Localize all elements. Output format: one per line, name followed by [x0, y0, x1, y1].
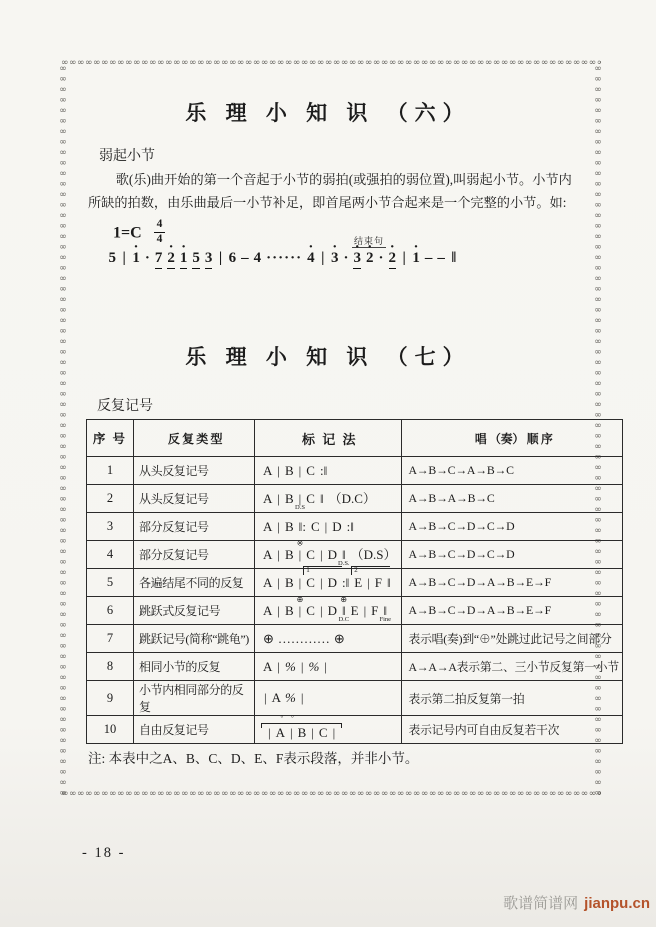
paragraph-line: 所缺的拍数，由乐曲最后一小节补足，即首尾两小节合起来是一个完整的小节。如:	[88, 191, 588, 214]
ornamental-border-left: ∞∞∞∞∞∞∞∞∞∞∞∞∞∞∞∞∞∞∞∞∞∞∞∞∞∞∞∞∞∞∞∞∞∞∞∞∞∞∞∞…	[57, 64, 68, 796]
notation-mark-above: ⊕	[297, 596, 304, 604]
cell-type: 跳跃式反复记号	[134, 597, 255, 625]
watermark-site-name: 歌谱简谱网	[503, 895, 578, 912]
watermark-site-url: jianpu.cn	[584, 895, 650, 912]
music-note: 1	[132, 249, 140, 268]
music-note: 1	[180, 249, 188, 269]
cell-order: A→B→C→D→A→B→E→F	[402, 569, 623, 597]
notation-token: D	[328, 575, 337, 591]
notation-token: |	[324, 659, 327, 675]
lesson6-title: 乐 理 小 知 识 （六）	[0, 97, 656, 127]
music-note: 2	[167, 249, 175, 269]
notation-token: B	[285, 575, 294, 591]
cell-no: 10	[87, 716, 134, 744]
notation-token: |	[301, 690, 304, 706]
cell-type: 相同小节的反复	[134, 653, 255, 681]
notation-token: |	[320, 547, 323, 563]
table-row: 2从头反复记号A|B|D.SC‖（D.C）A→B→A→B→C	[87, 485, 623, 513]
cell-notation: A|B|⊕C|D‖⊕D.CE|F‖Fine	[255, 597, 402, 625]
music-note: 4	[254, 249, 262, 268]
notation-token: A	[263, 491, 272, 507]
notation-token: |	[277, 463, 280, 479]
notation-token: D	[328, 547, 337, 563]
bracket-dots: ° °	[280, 714, 296, 724]
table-row: 7跳跃记号(简称“跳龟”)⊕…………⊕表示唱(奏)到“⊕”处跳过此记号之间部分	[87, 625, 623, 653]
notation-mark-below: D.C	[338, 617, 349, 624]
time-signature: 44	[154, 219, 166, 245]
notation-mark-above: ※	[297, 540, 304, 548]
notation-token: ‖D.S.	[342, 547, 346, 563]
notation-token: C	[319, 725, 328, 741]
cell-no: 6	[87, 597, 134, 625]
notation-token: |※	[299, 547, 302, 563]
notation-token: |	[333, 725, 336, 741]
lesson7-title: 乐 理 小 知 识 （七）	[0, 341, 656, 371]
notation-token: |	[320, 575, 323, 591]
music-note: 7	[155, 249, 163, 269]
volta-bracket: 2	[351, 566, 390, 575]
cell-order: A→B→A→B→C	[402, 485, 623, 513]
notation-token: B	[298, 725, 307, 741]
notation-token: A	[263, 603, 272, 619]
music-note: ·	[145, 249, 150, 268]
music-note: 3	[331, 249, 339, 268]
notation-token: :‖	[347, 519, 354, 535]
notation-token: |⊕	[299, 603, 302, 619]
barline: |	[321, 249, 324, 268]
cell-notation: ⊕…………⊕	[255, 625, 402, 653]
notation-token: E	[351, 603, 359, 619]
notation-token: %	[285, 659, 296, 675]
music-note: 6	[229, 249, 237, 268]
lesson6-paragraph: 歌(乐)曲开始的第一个音起于小节的弱拍(或强拍的弱位置),叫弱起小节。小节内 所…	[88, 168, 588, 214]
cell-notation: A|B|※C|D‖D.S.（D.S）	[255, 541, 402, 569]
header-order: 唱 （奏） 顺 序	[402, 420, 623, 457]
cell-notation: A|B‖:C|D:‖	[255, 513, 402, 541]
notation-token: C	[306, 491, 315, 507]
notation-token: C	[306, 603, 315, 619]
notation-token: （D.C）	[329, 491, 376, 507]
notation-token: A	[263, 463, 272, 479]
cell-no: 1	[87, 457, 134, 485]
cell-no: 5	[87, 569, 134, 597]
cell-type: 自由反复记号	[134, 716, 255, 744]
notation-token: ‖	[387, 575, 391, 591]
cell-type: 部分反复记号	[134, 513, 255, 541]
notation-token: C	[306, 463, 315, 479]
page-number: - 18 -	[82, 845, 125, 862]
music-note: 5	[109, 249, 117, 268]
notation-token: |	[277, 659, 280, 675]
notation-token: |	[268, 725, 271, 741]
cell-notation: A|B|D.SC‖（D.C）	[255, 485, 402, 513]
notation-token: |	[277, 519, 280, 535]
table-row: 9小节内相同部分的反复|A%|表示第二拍反复第一拍	[87, 681, 623, 716]
notation-token: ‖:	[299, 519, 306, 535]
notation-token: F	[371, 603, 378, 619]
notation-token: %	[308, 659, 319, 675]
notation-mark-below: D.S	[295, 505, 305, 512]
music-note: ·	[378, 249, 383, 268]
notation-token: |	[299, 575, 302, 591]
ornamental-border-top: ∞∞∞∞∞∞∞∞∞∞∞∞∞∞∞∞∞∞∞∞∞∞∞∞∞∞∞∞∞∞∞∞∞∞∞∞∞∞∞∞…	[61, 58, 601, 69]
cell-type: 部分反复记号	[134, 541, 255, 569]
music-note: 4	[307, 249, 315, 268]
cell-no: 2	[87, 485, 134, 513]
paragraph-line: 歌(乐)曲开始的第一个音起于小节的弱拍(或强拍的弱位置),叫弱起小节。小节内	[88, 168, 588, 191]
cell-order: 表示唱(奏)到“⊕”处跳过此记号之间部分	[402, 625, 623, 653]
table-footnote: 注: 本表中之A、B、C、D、E、F表示段落，并非小节。	[88, 747, 418, 767]
notation-token: B	[285, 603, 294, 619]
cell-no: 7	[87, 625, 134, 653]
notation-token: ‖Fine	[383, 603, 387, 619]
notation-mark-above: ⊕	[340, 596, 347, 604]
music-note: ·	[343, 249, 348, 268]
notation-token: …………	[278, 631, 330, 647]
cell-notation: A|B|C1|D:‖E2|F‖	[255, 569, 402, 597]
music-note: ······	[266, 249, 302, 268]
notation-token: E2	[354, 575, 362, 591]
music-note: 3	[353, 249, 361, 269]
lesson7-heading: 反复记号	[97, 395, 153, 415]
cell-order: A→B→C→D→A→B→E→F	[402, 597, 623, 625]
music-note: 3	[205, 249, 213, 269]
notation-token: |	[290, 725, 293, 741]
header-no: 序 号	[87, 420, 134, 457]
notation-token: |	[301, 659, 304, 675]
notation-token: B	[285, 547, 294, 563]
notation-token: （D.S）	[351, 547, 397, 563]
cell-type: 从头反复记号	[134, 485, 255, 513]
table-row: 3部分反复记号A|B‖:C|D:‖A→B→C→D→C→D	[87, 513, 623, 541]
notation-token: C	[311, 519, 320, 535]
notation-token: |	[277, 575, 280, 591]
cell-notation: A|%|%|	[255, 653, 402, 681]
watermark: 歌谱简谱网jianpu.cn	[503, 892, 650, 913]
music-note: 1	[412, 249, 420, 268]
cell-order: 表示第二拍反复第一拍	[402, 681, 623, 716]
cell-order: A→B→C→D→C→D	[402, 541, 623, 569]
notation-token: B	[285, 463, 294, 479]
notation-mark-below: Fine	[379, 617, 391, 624]
music-note: –	[241, 249, 249, 268]
notation-token: %	[285, 690, 296, 706]
header-notation: 标 记 法	[255, 420, 402, 457]
cell-no: 3	[87, 513, 134, 541]
notation-token: A	[272, 690, 281, 706]
key-signature: 1=C44	[113, 219, 165, 245]
cell-order: A→A→A表示第二、三小节反复第一小节	[402, 653, 623, 681]
ornamental-border-bottom: ∞∞∞∞∞∞∞∞∞∞∞∞∞∞∞∞∞∞∞∞∞∞∞∞∞∞∞∞∞∞∞∞∞∞∞∞∞∞∞∞…	[61, 789, 601, 800]
cell-type: 从头反复记号	[134, 457, 255, 485]
jianpu-music-line: 结束句 5|1·72153|6–4······4|3·32·2|1––‖	[106, 249, 460, 269]
cell-notation: ° °|A|B|C|	[255, 716, 402, 744]
cell-no: 4	[87, 541, 134, 569]
table-row: 6跳跃式反复记号A|B|⊕C|D‖⊕D.CE|F‖FineA→B→C→D→A→B…	[87, 597, 623, 625]
notation-token: A	[263, 519, 272, 535]
header-type: 反 复 类 型	[134, 420, 255, 457]
music-note: 2	[389, 249, 397, 269]
cell-notation: |A%|	[255, 681, 402, 716]
cell-order: A→B→C→D→C→D	[402, 513, 623, 541]
cell-type: 小节内相同部分的反复	[134, 681, 255, 716]
barline: |	[123, 249, 126, 268]
barline: |	[403, 249, 406, 268]
table-row: 5各遍结尾不同的反复A|B|C1|D:‖E2|F‖A→B→C→D→A→B→E→F	[87, 569, 623, 597]
cell-no: 8	[87, 653, 134, 681]
table-row: 10自由反复记号° °|A|B|C|表示记号内可自由反复若干次	[87, 716, 623, 744]
table-row: 4部分反复记号A|B|※C|D‖D.S.（D.S）A→B→C→D→C→D	[87, 541, 623, 569]
lesson6-heading: 弱起小节	[99, 145, 155, 165]
notation-token: D	[328, 603, 337, 619]
notation-token: |	[367, 575, 370, 591]
notation-token: |D.S	[299, 491, 302, 507]
notation-token: ⊕	[263, 631, 274, 647]
music-note: –	[437, 249, 445, 268]
cell-type: 跳跃记号(简称“跳龟”)	[134, 625, 255, 653]
notation-token: A	[263, 547, 272, 563]
cell-type: 各遍结尾不同的反复	[134, 569, 255, 597]
notation-token: :‖	[342, 575, 349, 591]
notation-token: F	[375, 575, 382, 591]
notation-token: |	[264, 690, 267, 706]
music-note: 5	[192, 249, 200, 269]
notation-token: ⊕	[334, 631, 345, 647]
notation-token: A	[263, 575, 272, 591]
repeat-signs-table: 序 号 反 复 类 型 标 记 法 唱 （奏） 顺 序 1从头反复记号A|B|C…	[86, 419, 623, 744]
notation-token: |	[311, 725, 314, 741]
notation-token: D	[332, 519, 341, 535]
notation-token: |	[325, 519, 328, 535]
cell-no: 9	[87, 681, 134, 716]
barline: ‖	[451, 249, 456, 268]
notation-token: |	[320, 603, 323, 619]
notation-token: ‖⊕D.C	[342, 603, 346, 619]
cell-order: 表示记号内可自由反复若干次	[402, 716, 623, 744]
music-note: –	[425, 249, 433, 268]
notation-token: C	[306, 547, 315, 563]
notation-token: |	[299, 463, 302, 479]
time-signature-top: 4	[154, 219, 166, 233]
notation-token: |	[364, 603, 367, 619]
table-header-row: 序 号 反 复 类 型 标 记 法 唱 （奏） 顺 序	[87, 420, 623, 457]
notation-token: |	[277, 491, 280, 507]
barline: |	[219, 249, 222, 268]
table-row: 1从头反复记号A|B|C:‖A→B→C→A→B→C	[87, 457, 623, 485]
table-row: 8相同小节的反复A|%|%|A→A→A表示第二、三小节反复第一小节	[87, 653, 623, 681]
notation-token: ‖	[320, 491, 324, 507]
cell-order: A→B→C→A→B→C	[402, 457, 623, 485]
time-signature-bottom: 4	[154, 233, 166, 246]
notation-token: A	[276, 725, 285, 741]
notation-token: C1	[306, 575, 315, 591]
free-repeat-bracket: ° °|A|B|C|	[261, 723, 342, 741]
notation-token: B	[285, 519, 294, 535]
music-note: 2	[366, 249, 374, 268]
notation-token: |	[277, 603, 280, 619]
notation-token: :‖	[320, 463, 327, 479]
notation-token: |	[277, 547, 280, 563]
cell-notation: A|B|C:‖	[255, 457, 402, 485]
notation-token: A	[263, 659, 272, 675]
notation-token: B	[285, 491, 294, 507]
